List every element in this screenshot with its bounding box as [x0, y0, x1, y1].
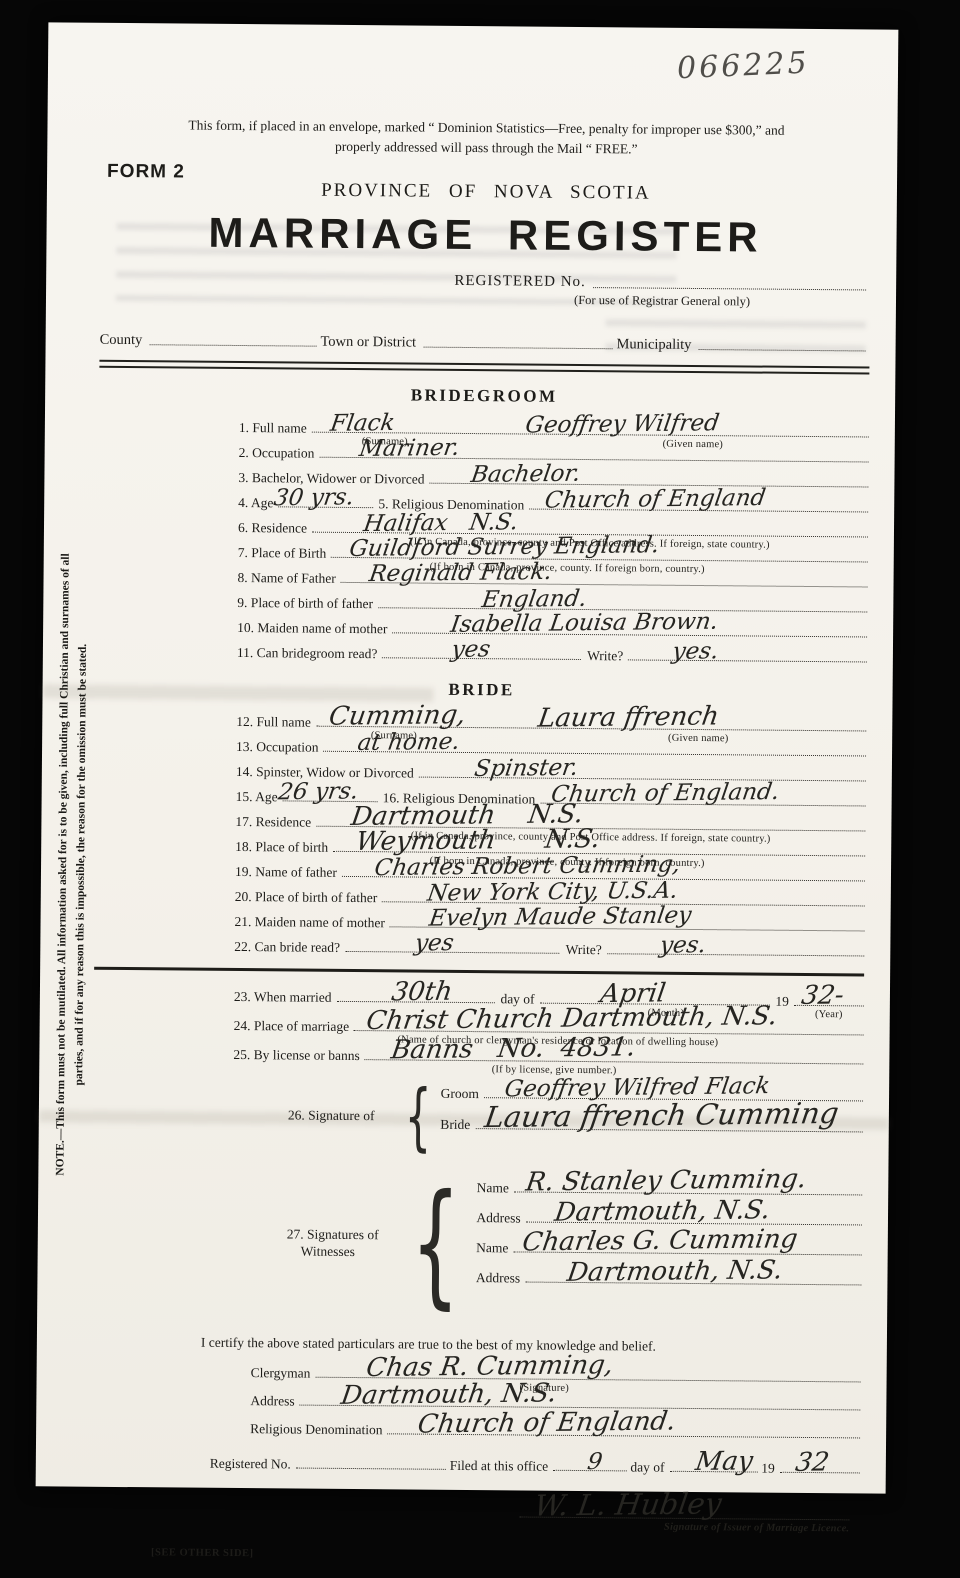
registered-no-block: REGISTERED No. (For use of Registrar Gen… — [454, 272, 870, 310]
form-number-label: FORM 2 — [107, 161, 185, 184]
form-content: This form, if placed in an envelope, mar… — [36, 22, 899, 1493]
signature-of-label: 26. Signature of — [288, 1075, 397, 1158]
dotted-line: May — [669, 1471, 757, 1473]
field-label: Religious Denomination — [250, 1421, 386, 1438]
field-label: Write? — [560, 942, 605, 958]
field-clergyman-denomination: Religious Denomination Church of England… — [250, 1420, 860, 1442]
handwritten-value: yes. — [658, 935, 707, 959]
field-label: Registered No. — [210, 1456, 294, 1472]
field-bridegroom-age-denomination: 4. Age 30 yrs. 5. Religious Denomination… — [238, 493, 868, 515]
handwritten-signature: Chas R. Cumming, — [364, 1353, 614, 1382]
field-bridegroom-full-name: 1. Full name Flack Geoffrey Wilfred (Sur… — [239, 418, 869, 440]
witnesses-label-line2: Witnesses — [287, 1243, 395, 1261]
handwritten-year: 32- — [799, 983, 845, 1009]
bride-section: 12. Full name Cumming, Laura ffrench (Su… — [234, 712, 866, 959]
handwritten-value: Evelyn Maude Stanley — [428, 905, 693, 931]
field-license-or-banns: 25. By license or banns Banns No. 4831. … — [233, 1045, 863, 1067]
dotted-line: Church of England. — [540, 803, 865, 807]
field-bride-full-name: 12. Full name Cumming, Laura ffrench (Su… — [236, 712, 866, 734]
handwritten-value: England. — [481, 588, 589, 612]
dotted-line: 30th — [336, 1001, 494, 1003]
signature-of-group: 26. Signature of { Groom Geoffrey Wilfre… — [233, 1074, 864, 1161]
registered-no-line: REGISTERED No. — [454, 272, 870, 293]
field-label: 23. When married — [234, 989, 335, 1005]
municipality-label: Municipality — [616, 336, 694, 353]
field-label: 19 — [757, 1460, 778, 1476]
double-rule — [99, 360, 869, 375]
field-label: 21. Maiden name of mother — [234, 914, 387, 931]
signature-rows: Groom Geoffrey Wilfred Flack Bride Laura… — [440, 1076, 863, 1162]
handwritten-value: Church of England — [543, 487, 767, 513]
field-label: Filed at this office — [446, 1458, 551, 1474]
handwritten-given-name: Geoffrey Wilfred — [523, 413, 720, 438]
field-label: 7. Place of Birth — [238, 545, 330, 561]
town-district-label: Town or District — [320, 333, 419, 351]
handwritten-day: 30th — [390, 979, 454, 1006]
field-label: 13. Occupation — [236, 739, 322, 755]
dotted-line: Charles G. Cumming — [513, 1252, 861, 1256]
handwritten-value: Banns No. 4831. — [390, 1035, 638, 1064]
dotted-line — [698, 349, 865, 351]
handwritten-surname: Flack — [328, 412, 395, 436]
field-label: 9. Place of birth of father — [237, 595, 376, 612]
field-label: 19. Name of father — [235, 864, 340, 880]
dotted-line: yes. — [607, 954, 864, 957]
field-label: 10. Maiden name of mother — [237, 620, 390, 637]
handwritten-given-name: Laura ffrench — [536, 704, 720, 732]
dotted-line: Reginald Flack. — [341, 582, 868, 588]
field-label: 17. Residence — [235, 814, 314, 830]
dotted-line: at home. — [324, 751, 867, 757]
field-label: 25. By license or banns — [233, 1047, 362, 1064]
dotted-line: W. L. Hubley Signature of Issuer of Marr… — [519, 1517, 849, 1521]
field-label: Write? — [581, 648, 626, 664]
dotted-line: Evelyn Maude Stanley — [390, 927, 865, 932]
brace-glyph: { — [396, 1076, 441, 1158]
field-label: Address — [476, 1270, 523, 1286]
dotted-line: Church of England — [529, 509, 868, 513]
handwritten-value: Isabella Louisa Brown. — [449, 611, 720, 637]
field-label: 24. Place of marriage — [234, 1018, 353, 1035]
field-label: 22. Can bride read? — [234, 939, 343, 955]
handwritten-value: Mariner. — [358, 437, 462, 461]
dotted-line: 9 — [553, 1470, 626, 1472]
handwritten-value: Halifax N.S. — [362, 512, 520, 537]
scanned-page: 066225 NOTE.—This form must not be mutil… — [36, 22, 899, 1493]
field-label: 2. Occupation — [239, 445, 318, 461]
handwritten-day: 9 — [586, 1451, 604, 1474]
field-bride-literacy: 22. Can bride read? yes Write? yes. — [234, 937, 864, 959]
handwritten-signature: R. Stanley Cumming. — [524, 1167, 808, 1196]
dotted-line — [593, 287, 866, 290]
field-label: Address — [476, 1210, 523, 1226]
field-label: 18. Place of birth — [235, 839, 331, 855]
province-heading: PROVINCE OF NOVA SCOTIA — [101, 177, 871, 206]
registered-no-label: REGISTERED No. — [454, 272, 589, 290]
field-label: 6. Residence — [238, 520, 310, 536]
see-other-side-note: [SEE OTHER SIDE] — [151, 1548, 859, 1565]
filing-row: Registered No. Filed at this office 9 da… — [210, 1454, 860, 1477]
handwritten-signature: Charles G. Cumming — [520, 1227, 799, 1256]
field-label: 8. Name of Father — [237, 570, 338, 586]
field-label: 1. Full name — [239, 420, 310, 436]
dotted-line: yes. — [628, 660, 867, 663]
witness-rows: Name R. Stanley Cumming. Address Dartmou… — [476, 1171, 863, 1323]
bride-heading: BRIDE — [97, 677, 867, 704]
handwritten-value: Reginald Flack. — [367, 561, 553, 586]
county-row: County Town or District Municipality — [100, 332, 870, 355]
dotted-line: Dartmouth, N.S. — [525, 1282, 861, 1286]
witnesses-label-line1: 27. Signatures of — [287, 1226, 395, 1244]
handwritten-age: 30 yrs. — [272, 487, 355, 511]
dotted-line: 32 — [780, 1472, 860, 1474]
dotted-line — [296, 1468, 446, 1470]
issuer-signature-block: W. L. Hubley Signature of Issuer of Marr… — [519, 1504, 849, 1524]
field-label: Name — [477, 1180, 512, 1196]
handwritten-signature: Laura ffrench Cumming — [483, 1099, 841, 1132]
field-witness2-address: Address Dartmouth, N.S. — [476, 1269, 862, 1289]
dotted-line: Church of England. — [387, 1434, 860, 1439]
field-label: Address — [250, 1393, 297, 1409]
dotted-line — [423, 347, 612, 350]
dotted-line: 30 yrs. — [278, 507, 373, 509]
field-label: 4. Age — [238, 495, 276, 511]
witnesses-group: 27. Signatures of Witnesses { Name R. St… — [231, 1168, 862, 1322]
field-bridegroom-mother: 10. Maiden name of mother Isabella Louis… — [237, 618, 867, 640]
handwritten-value: Spinster. — [472, 757, 579, 781]
handwritten-month: May — [694, 1449, 755, 1476]
field-bridegroom-literacy: 11. Can bridegroom read? yes Write? yes. — [237, 643, 867, 665]
handwritten-value: Charles Robert Cumming, — [373, 854, 682, 881]
bridegroom-heading: BRIDEGROOM — [99, 383, 869, 410]
handwritten-value: Bachelor. — [469, 463, 582, 487]
issuer-caption: Signature of Issuer of Marriage Licence. — [664, 1522, 849, 1535]
page-title: MARRIAGE REGISTER — [100, 207, 870, 262]
year-caption: (Year) — [815, 1009, 843, 1020]
field-bride-signature: Bride Laura ffrench Cumming — [440, 1115, 863, 1136]
field-bride-mother: 21. Maiden name of mother Evelyn Maude S… — [234, 912, 864, 934]
dotted-line: yes — [345, 951, 560, 954]
field-label: 15. Age — [236, 789, 281, 805]
certification-section: Clergyman Chas R. Cumming, (Signature) A… — [250, 1364, 861, 1442]
field-label: day of — [626, 1459, 667, 1475]
registered-no-caption: (For use of Registrar General only) — [454, 292, 870, 311]
bridegroom-section: 1. Full name Flack Geoffrey Wilfred (Sur… — [237, 418, 869, 665]
field-label: Name — [476, 1240, 511, 1256]
handwritten-issuer-signature: W. L. Hubley — [533, 1490, 724, 1521]
mail-notice: This form, if placed in an envelope, mar… — [155, 115, 818, 161]
field-label: Clergyman — [251, 1365, 314, 1381]
handwritten-value: yes — [414, 933, 456, 956]
dotted-line: Mariner. — [319, 457, 868, 463]
handwritten-age: 26 yrs. — [277, 781, 360, 805]
handwritten-year: 32 — [794, 1450, 831, 1476]
witnesses-label: 27. Signatures of Witnesses — [286, 1169, 395, 1319]
dotted-line: Banns No. 4831. (If by license, give num… — [365, 1060, 864, 1065]
field-label: 20. Place of birth of father — [235, 889, 381, 906]
county-label: County — [100, 332, 146, 349]
field-label: 11. Can bridegroom read? — [237, 645, 381, 662]
handwritten-value: Dartmouth, N.S. — [339, 1381, 558, 1410]
section-rule — [94, 967, 864, 977]
handwritten-surname: Cumming, — [327, 703, 467, 731]
dotted-line: 32- (Year) — [794, 1005, 864, 1007]
handwritten-value: yes. — [671, 641, 720, 665]
field-label: Groom — [441, 1086, 482, 1102]
dotted-line: Laura ffrench Cumming — [475, 1129, 862, 1133]
handwritten-value: at home. — [356, 731, 461, 755]
dotted-line — [149, 345, 316, 347]
handwritten-value: Dartmouth, N.S. — [552, 1198, 771, 1227]
handwritten-value: Christ Church Dartmouth, N.S. — [364, 1004, 778, 1035]
handwritten-value: Dartmouth, N.S. — [565, 1258, 784, 1287]
handwritten-value: Church of England. — [416, 1409, 677, 1438]
marriage-section: 23. When married 30th day of April (Mont… — [231, 987, 864, 1322]
field-label: Bride — [440, 1117, 473, 1133]
brace-glyph: { — [394, 1170, 477, 1320]
handwritten-value: Guildford Surrey England. — [347, 535, 660, 562]
dotted-line: yes — [382, 658, 581, 661]
handwritten-value: yes — [450, 639, 492, 662]
handwritten-value: Weymouth N.S. — [354, 827, 602, 856]
field-label: 12. Full name — [236, 714, 314, 730]
